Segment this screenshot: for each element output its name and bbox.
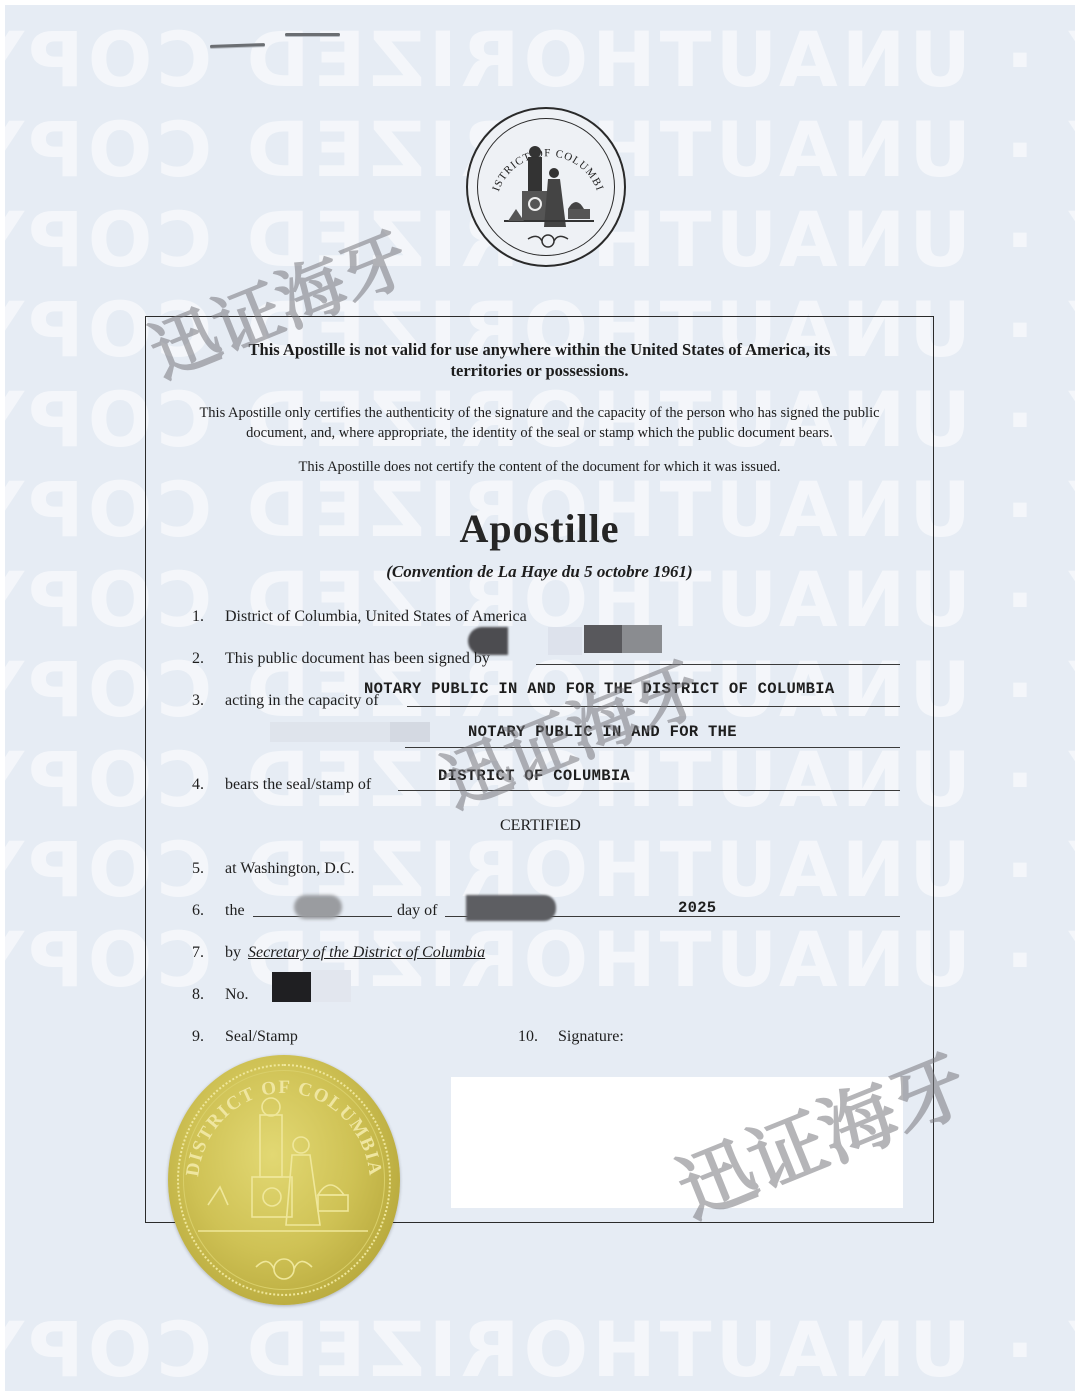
field-label: Seal/Stamp bbox=[225, 1028, 298, 1046]
field-label: No. bbox=[225, 986, 249, 1004]
redaction-block bbox=[311, 970, 351, 1002]
field-number: 6. bbox=[192, 902, 222, 920]
redaction-block bbox=[272, 972, 311, 1002]
district-seal-printed: DISTRICT OF COLUMBIA bbox=[466, 107, 626, 267]
field-number: 7. bbox=[192, 944, 222, 962]
redaction-block bbox=[548, 627, 582, 655]
field-label: bears the seal/stamp of bbox=[225, 776, 371, 794]
field-label: at Washington, D.C. bbox=[225, 860, 355, 878]
issuing-authority: Secretary of the District of Columbia bbox=[248, 944, 485, 962]
field-label: acting in the capacity of bbox=[225, 692, 379, 710]
convention-subtitle: (Convention de La Haye du 5 octobre 1961… bbox=[146, 562, 933, 582]
signer-underline bbox=[536, 664, 900, 665]
svg-text:DISTRICT OF COLUMBIA: DISTRICT OF COLUMBIA bbox=[182, 1077, 386, 1178]
field-label-the: the bbox=[225, 902, 245, 920]
field-label-day-of: day of bbox=[397, 902, 437, 920]
field-number: 3. bbox=[192, 692, 222, 710]
redaction-block bbox=[390, 722, 430, 742]
certification-scope-note: This Apostille only certifies the authen… bbox=[146, 403, 933, 443]
field-number: 5. bbox=[192, 860, 222, 878]
field-label: District of Columbia, United States of A… bbox=[225, 608, 527, 626]
field-number: 1. bbox=[192, 608, 222, 626]
redaction-block bbox=[584, 625, 622, 653]
field-number: 4. bbox=[192, 776, 222, 794]
year-value: 2025 bbox=[678, 899, 716, 917]
field-number: 2. bbox=[192, 650, 222, 668]
seal-emblem-icon: DISTRICT OF COLUMBIA bbox=[468, 109, 628, 269]
certified-heading: CERTIFIED bbox=[500, 817, 581, 835]
redaction-block bbox=[270, 722, 390, 742]
content-disclaimer-note: This Apostille does not certify the cont… bbox=[146, 457, 933, 477]
field-label: by bbox=[225, 944, 241, 962]
bg-pattern-row: UNAUTHORIZED COPY · UNAUTHORIZED COPY bbox=[5, 1305, 1075, 1391]
redaction-block bbox=[294, 895, 342, 919]
field-number: 8. bbox=[192, 986, 222, 1004]
document-title: Apostille bbox=[146, 505, 933, 552]
field-label: Signature: bbox=[558, 1028, 624, 1046]
field-label: This public document has been signed by bbox=[225, 650, 490, 668]
gold-seal-emblem-icon: DISTRICT OF COLUMBIA bbox=[168, 1055, 400, 1305]
staple-mark bbox=[285, 33, 340, 36]
field-number: 10. bbox=[518, 1028, 548, 1046]
gold-embossed-seal: DISTRICT OF COLUMBIA bbox=[168, 1055, 400, 1305]
field-number: 9. bbox=[192, 1028, 222, 1046]
bg-pattern-row: UNAUTHORIZED COPY · UNAUTHORIZED COPY bbox=[5, 15, 1075, 104]
redaction-block bbox=[466, 895, 556, 921]
